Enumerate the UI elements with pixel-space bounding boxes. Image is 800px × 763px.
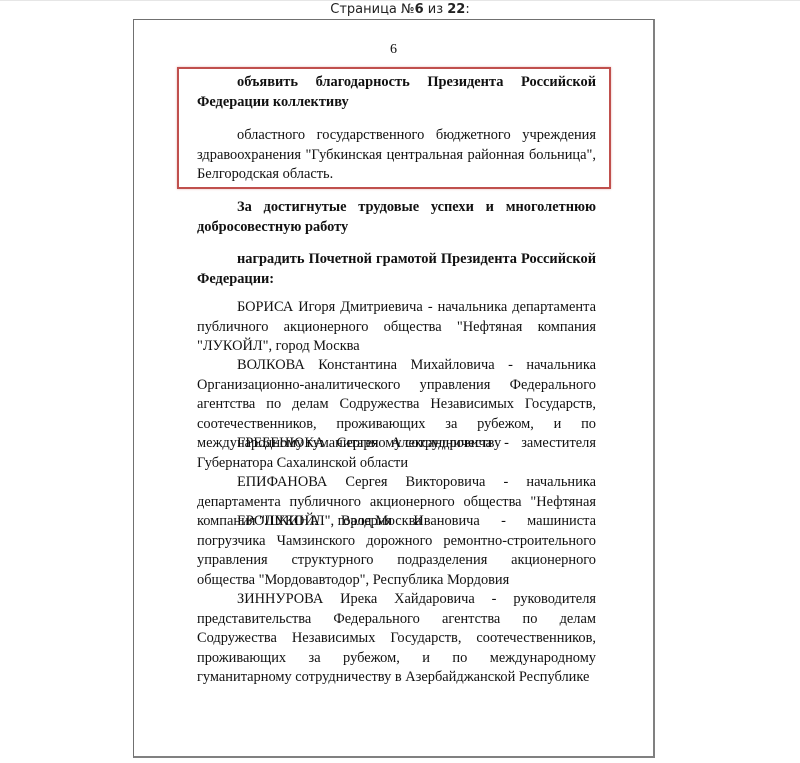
awardee-item: ГРЕБЕНЮКА Сергея Александровича - замест… <box>197 434 596 473</box>
award-heading: наградить Почетной грамотой Президента Р… <box>197 250 596 289</box>
awardee-name: ЕРОШКИНА Валерия Ивановича <box>237 513 480 529</box>
highlight-body: областного государственного бюджетного у… <box>197 126 596 185</box>
awardee-name: ЕПИФАНОВА Сергея Викторовича <box>237 474 485 490</box>
page-label: Страница № <box>330 2 414 17</box>
awardee-item: БОРИСА Игоря Дмитриевича - начальника де… <box>197 298 596 357</box>
total-pages: 22 <box>447 2 465 17</box>
awardee-name: ВОЛКОВА Константина Михайловича <box>237 357 495 373</box>
highlight-heading: объявить благодарность Президента Россий… <box>197 73 596 112</box>
awardee-item: ЗИННУРОВА Ирека Хайдаровича - руководите… <box>197 590 596 688</box>
dash: - <box>480 513 527 529</box>
awardee-name: ЗИННУРОВА Ирека Хайдаровича <box>237 591 475 607</box>
dash: - <box>475 591 514 607</box>
dash: - <box>495 357 527 373</box>
page-number: 6 <box>134 42 653 58</box>
dash: - <box>485 474 526 490</box>
page-indicator-suffix: : <box>465 2 469 17</box>
awardee-name: БОРИСА Игоря Дмитриевича <box>237 299 423 315</box>
current-page: 6 <box>415 2 424 17</box>
dash: - <box>423 299 438 315</box>
section-heading: За достигнутые трудовые успехи и многоле… <box>197 198 596 237</box>
dash: - <box>492 435 521 451</box>
page-indicator: Страница №6 из 22: <box>0 1 800 18</box>
awardee-item: ЕРОШКИНА Валерия Ивановича - машиниста п… <box>197 512 596 590</box>
document-page: 6 объявить благодарность Президента Росс… <box>133 19 655 758</box>
of-label: из <box>424 2 448 17</box>
awardee-name: ГРЕБЕНЮКА Сергея Александровича <box>237 435 492 451</box>
